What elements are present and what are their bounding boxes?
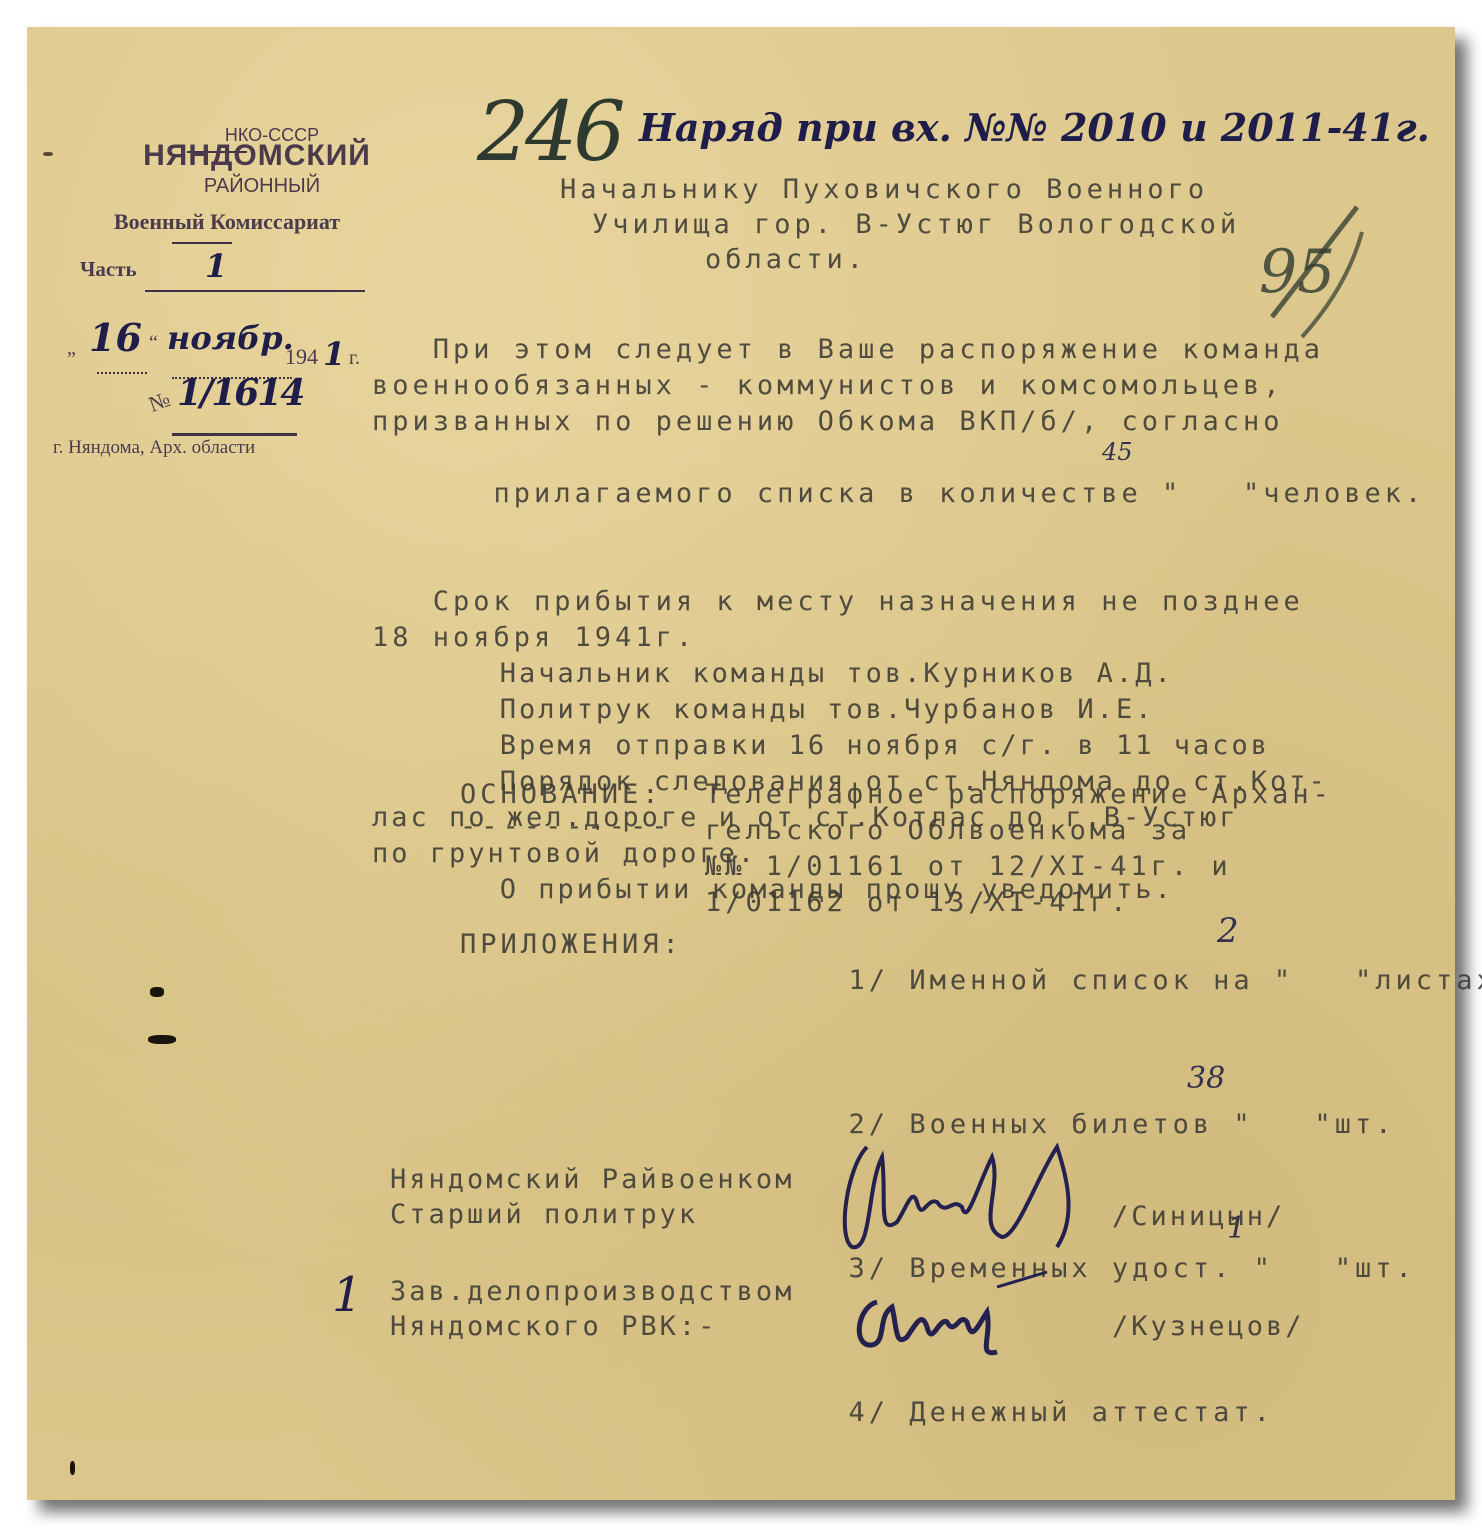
- handwritten-count: 45: [1102, 434, 1133, 470]
- addressee-line-1: Начальнику Пуховичского Военного: [560, 172, 1208, 208]
- signer-2-name: /Кузнецов/: [1112, 1309, 1305, 1345]
- body-line: При этом следует в Ваше распоряжение ком…: [372, 332, 1425, 368]
- body-line: военнообязанных - коммунистов и комсомол…: [372, 368, 1425, 404]
- stamp-part-underline: [145, 290, 365, 292]
- attachment-hand-value: 38: [1187, 1061, 1225, 1097]
- attachment-num: 1/: [849, 965, 890, 996]
- punch-hole-icon: [148, 1035, 176, 1044]
- attachment-text: Денежный аттестат.: [909, 1397, 1274, 1428]
- stamp-place: г. Няндома, Арх. области: [53, 437, 255, 459]
- punch-hole-icon: [150, 987, 164, 997]
- stamp-quote-open: „: [67, 337, 76, 360]
- stamp-number-underline: [172, 433, 297, 436]
- body-line: призванных по решению Обкома ВКП/б/, сог…: [372, 404, 1425, 440]
- stamp-date-day: 16: [89, 315, 142, 360]
- body-line: прилагаемого списка в количестве " "чело…: [372, 440, 1425, 584]
- stamp-day-line: [97, 372, 147, 374]
- body-line: 18 ноября 1941г.: [372, 620, 1425, 656]
- stamp-divider-2: [172, 242, 232, 244]
- body-line: Время отправки 16 ноября с/г. в 11 часов: [442, 728, 1425, 764]
- signer-1-title-line-1: Няндомский Райвоенком: [390, 1162, 794, 1198]
- stamp-district-name: НЯНДОМСКИЙ: [87, 139, 427, 173]
- stamp-commissariat: Военный Комиссариат: [67, 209, 387, 235]
- basis-line: №№ 1/01161 от 12/XI-41г. и: [705, 849, 1333, 885]
- signer-2-title-line-2: Няндомского РВК:-: [390, 1309, 717, 1345]
- pencil-strike-icon: [1247, 187, 1367, 347]
- punch-hole-icon: [70, 1461, 75, 1475]
- signer-1-name: /Синицын/: [1112, 1199, 1285, 1235]
- attachment-item: 4/ Денежный аттестат.: [727, 1359, 1482, 1467]
- signature-2-icon: [847, 1267, 1087, 1367]
- stamp-part-value: 1: [205, 247, 227, 285]
- basis-line: Телеграфное распоряжение Архан-: [705, 777, 1333, 813]
- signer-2-title-line-1: Зав.делопроизводством: [390, 1274, 794, 1310]
- margin-mark: 1: [332, 1267, 363, 1323]
- body-line: Срок прибытия к месту назначения не позд…: [372, 584, 1425, 620]
- document-page: НКО-СССР НЯНДОМСКИЙ РАЙОННЫЙ Военный Ком…: [27, 27, 1455, 1500]
- attachments-label: ПРИЛОЖЕНИЯ:: [460, 927, 683, 963]
- signer-1-title-line-2: Старший политрук: [390, 1197, 698, 1233]
- basis-underline: ----------: [460, 809, 673, 845]
- archive-number: 246: [477, 85, 622, 180]
- stamp-part-label: Часть: [80, 257, 137, 282]
- stamp-quote-close: “: [149, 332, 158, 355]
- body-line: Политрук команды тов.Чурбанов И.Е.: [442, 692, 1425, 728]
- stamp-number-value: 1/1614: [177, 372, 303, 414]
- stamp-date-month: ноябр.: [167, 319, 294, 357]
- body-line: Начальник команды тов.Курников А.Д.: [442, 656, 1425, 692]
- stamp-number-label: №: [145, 386, 174, 418]
- signature-1-icon: [827, 1127, 1127, 1267]
- stamp-district-type: РАЙОННЫЙ: [137, 175, 387, 198]
- stamp-date-year: 194: [285, 344, 318, 370]
- basis-line: гельского Облвоенкома за: [705, 813, 1333, 849]
- stamp-date-year-hand: 1: [323, 335, 345, 373]
- addressee-line-3: области.: [705, 242, 867, 278]
- basis-text: Телеграфное распоряжение Архан- гельског…: [705, 777, 1333, 921]
- attachment-hand-value: 2: [1217, 913, 1239, 949]
- stamp-date-suffix: г.: [349, 347, 360, 370]
- body-line-text: прилагаемого списка в количестве " "чело…: [494, 478, 1426, 509]
- attachment-num: 4/: [849, 1397, 890, 1428]
- basis-label: ОСНОВАНИЕ:: [460, 777, 663, 813]
- attachment-item: 1/ Именной список на " "листах 2: [727, 927, 1482, 1071]
- attachment-text: Именной список на " "листах: [909, 965, 1482, 996]
- header-handwritten-note: Наряд при вх. №№ 2010 и 2011-41г.: [639, 105, 1430, 150]
- punch-hole-icon: [43, 152, 53, 156]
- addressee-line-2: Училища гор. В-Устюг Вологодской: [592, 207, 1240, 243]
